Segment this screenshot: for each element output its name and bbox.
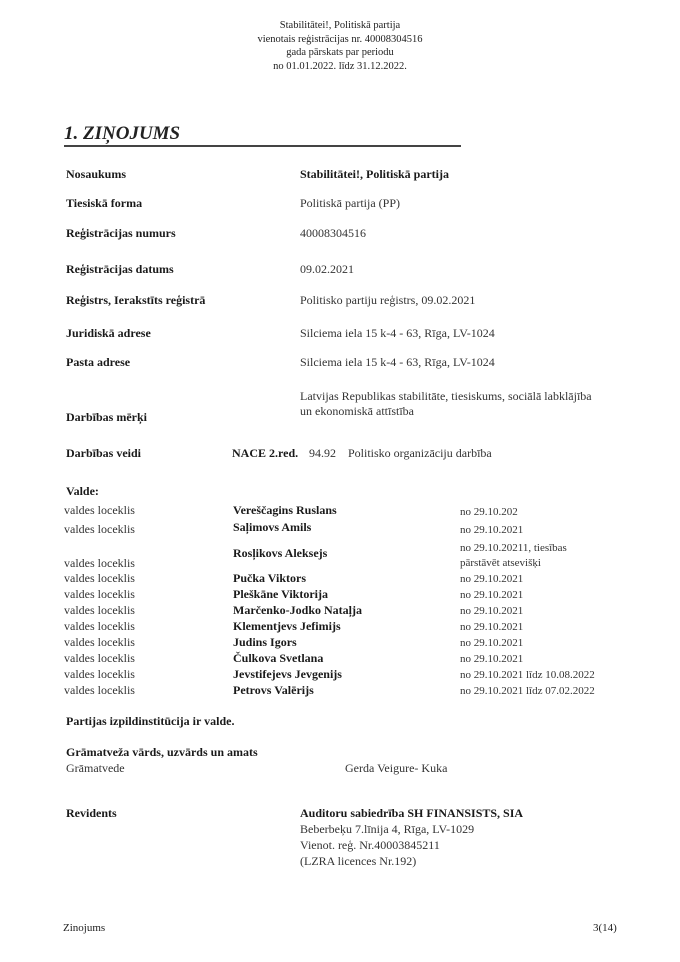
member-period: no 29.10.2021: [460, 620, 523, 634]
board-heading: Valde:: [66, 484, 99, 499]
accountant-name: Gerda Veigure- Kuka: [345, 761, 447, 776]
auditor-company: Auditoru sabiedrība SH FINANSISTS, SIA: [300, 806, 523, 821]
member-period: no 29.10.2021: [460, 636, 523, 650]
member-role: valdes loceklis: [64, 571, 135, 586]
member-role: valdes loceklis: [64, 503, 135, 518]
auditor-reg: Vienot. reģ. Nr.40003845211: [300, 838, 440, 853]
field-value-reg-date: 09.02.2021: [300, 262, 354, 277]
field-value-goals-line1: Latvijas Republikas stabilitāte, tiesisk…: [300, 389, 592, 404]
member-name: Jevstifejevs Jevgenijs: [233, 667, 342, 682]
auditor-label: Revidents: [66, 806, 117, 821]
field-value-legal-form: Politiskā partija (PP): [300, 196, 400, 211]
member-role: valdes loceklis: [64, 683, 135, 698]
member-role: valdes loceklis: [64, 556, 135, 571]
member-role: valdes loceklis: [64, 587, 135, 602]
footer-page-number: 3(14): [593, 922, 617, 934]
auditor-license: (LZRA licences Nr.192): [300, 854, 416, 869]
field-label-legal-form: Tiesiskā forma: [66, 196, 142, 211]
field-value-reg-number: 40008304516: [300, 226, 366, 241]
header-line: gada pārskats par periodu: [0, 46, 680, 60]
member-name: Čulkova Svetlana: [233, 651, 323, 666]
member-name: Saļimovs Amils: [233, 520, 311, 535]
field-label-register: Reģistrs, Ierakstīts reģistrā: [66, 293, 205, 308]
header-line: Stabilitātei!, Politiskā partija: [0, 19, 680, 33]
field-label-legal-address: Juridiskā adrese: [66, 326, 151, 341]
member-name: Marčenko-Jodko Nataļja: [233, 603, 362, 618]
member-period: no 29.10.2021: [460, 523, 523, 537]
document-header: Stabilitātei!, Politiskā partija vienota…: [0, 19, 680, 73]
member-period: no 29.10.202: [460, 505, 518, 519]
member-name: Judins Igors: [233, 635, 297, 650]
member-period: no 29.10.2021 līdz 10.08.2022: [460, 668, 595, 682]
member-name: Pučka Viktors: [233, 571, 306, 586]
field-value-goals-line2: un ekonomiskā attīstība: [300, 404, 414, 419]
section-title: 1. ZIŅOJUMS: [64, 123, 180, 145]
auditor-address: Beberbeķu 7.līnija 4, Rīga, LV-1029: [300, 822, 474, 837]
member-role: valdes loceklis: [64, 522, 135, 537]
accountant-heading: Grāmatveža vārds, uzvārds un amats: [66, 745, 258, 760]
header-line: vienotais reģistrācijas nr. 40008304516: [0, 33, 680, 47]
field-label-reg-number: Reģistrācijas numurs: [66, 226, 176, 241]
member-role: valdes loceklis: [64, 651, 135, 666]
nace-description: Politisko organizāciju darbība: [348, 446, 492, 461]
nace-label: NACE 2.red.: [232, 446, 298, 461]
header-line: no 01.01.2022. līdz 31.12.2022.: [0, 60, 680, 74]
member-name: Pleškāne Viktorija: [233, 587, 328, 602]
member-role: valdes loceklis: [64, 619, 135, 634]
member-name: Petrovs Valērijs: [233, 683, 314, 698]
footer-section: Zinojums: [63, 922, 105, 934]
nace-code: 94.92: [309, 446, 336, 461]
field-label-name: Nosaukums: [66, 167, 126, 182]
member-name: Vereščagins Ruslans: [233, 503, 337, 518]
member-period: no 29.10.2021: [460, 604, 523, 618]
member-role: valdes loceklis: [64, 635, 135, 650]
member-name: Rosļikovs Aleksejs: [233, 546, 327, 561]
member-role: valdes loceklis: [64, 667, 135, 682]
member-period: no 29.10.2021: [460, 572, 523, 586]
member-role: valdes loceklis: [64, 603, 135, 618]
member-period: no 29.10.2021: [460, 652, 523, 666]
field-value-register: Politisko partiju reģistrs, 09.02.2021: [300, 293, 475, 308]
member-period: no 29.10.2021 līdz 07.02.2022: [460, 684, 595, 698]
executive-note: Partijas izpildinstitūcija ir valde.: [66, 714, 234, 729]
field-label-reg-date: Reģistrācijas datums: [66, 262, 174, 277]
accountant-role: Grāmatvede: [66, 761, 125, 776]
member-period: no 29.10.20211, tiesības: [460, 541, 567, 555]
title-underline: [64, 145, 461, 147]
member-period-note: pārstāvēt atsevišķi: [460, 556, 541, 570]
field-value-name: Stabilitātei!, Politiskā partija: [300, 167, 449, 182]
member-name: Klementjevs Jefimijs: [233, 619, 341, 634]
member-period: no 29.10.2021: [460, 588, 523, 602]
field-value-postal-address: Silciema iela 15 k-4 - 63, Rīga, LV-1024: [300, 355, 495, 370]
field-label-postal-address: Pasta adrese: [66, 355, 130, 370]
field-label-activities: Darbības veidi: [66, 446, 141, 461]
field-label-goals: Darbības mērķi: [66, 410, 147, 425]
field-value-legal-address: Silciema iela 15 k-4 - 63, Rīga, LV-1024: [300, 326, 495, 341]
